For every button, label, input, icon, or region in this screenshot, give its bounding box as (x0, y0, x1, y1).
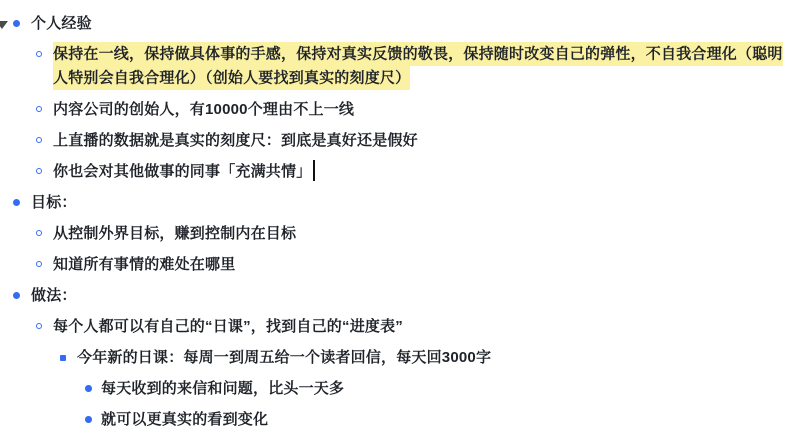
item-text[interactable]: 就可以更真实的看到变化 (101, 411, 268, 428)
item-text[interactable]: 你也会对其他做事的同事「充满共情」 (53, 163, 311, 180)
item-text[interactable]: 目标： (31, 194, 77, 211)
item-text[interactable]: 做法： (31, 287, 77, 304)
outline-item[interactable]: 内容公司的创始人，有10000个理由不上一线 (0, 94, 800, 125)
outline-item[interactable]: 个人经验 (0, 8, 800, 39)
bullet-disc-icon (85, 416, 92, 423)
bullet-disc-icon (85, 385, 92, 392)
item-text[interactable]: 个人经验 (31, 15, 92, 32)
item-text-highlighted[interactable]: 保持在一线，保持做具体事的手感，保持对真实反馈的敬畏，保持随时改变自己的弹性，不… (53, 42, 783, 90)
outline-item[interactable]: 每天收到的来信和问题，比头一天多 (0, 373, 800, 404)
outline-item[interactable]: 今年新的日课：每周一到周五给一个读者回信，每天回3000字 (0, 342, 800, 373)
bullet-circle-icon (36, 51, 42, 57)
bullet-disc-icon (13, 20, 20, 27)
document-canvas[interactable]: 个人经验保持在一线，保持做具体事的手感，保持对真实反馈的敬畏，保持随时改变自己的… (0, 0, 800, 442)
item-text[interactable]: 每个人都可以有自己的“日课”，找到自己的“进度表” (53, 318, 403, 335)
item-text[interactable]: 内容公司的创始人，有10000个理由不上一线 (53, 101, 354, 118)
outline-item[interactable]: 就可以更真实的看到变化 (0, 404, 800, 435)
bullet-circle-icon (36, 230, 42, 236)
outline-item[interactable]: 保持在一线，保持做具体事的手感，保持对真实反馈的敬畏，保持随时改变自己的弹性，不… (0, 39, 800, 94)
outline-item[interactable]: 从控制外界目标，赚到控制内在目标 (0, 218, 800, 249)
outline-item[interactable]: 每个人都可以有自己的“日课”，找到自己的“进度表” (0, 311, 800, 342)
outline-item[interactable]: 上直播的数据就是真实的刻度尺：到底是真好还是假好 (0, 125, 800, 156)
bullet-circle-icon (36, 323, 42, 329)
collapse-toggle-triangle-icon[interactable] (0, 21, 8, 29)
item-text[interactable]: 每天收到的来信和问题，比头一天多 (101, 380, 344, 397)
outline-item[interactable]: 知道所有事情的难处在哪里 (0, 249, 800, 280)
item-text[interactable]: 上直播的数据就是真实的刻度尺：到底是真好还是假好 (53, 132, 418, 149)
bullet-square-icon (60, 355, 66, 361)
bullet-circle-icon (36, 106, 42, 112)
bullet-circle-icon (36, 261, 42, 267)
bullet-disc-icon (13, 292, 20, 299)
bullet-circle-icon (36, 137, 42, 143)
text-cursor (313, 160, 315, 181)
outline-item[interactable]: 目标： (0, 187, 800, 218)
item-text[interactable]: 知道所有事情的难处在哪里 (53, 256, 235, 273)
bullet-circle-icon (36, 168, 42, 174)
outline-item[interactable]: 做法： (0, 280, 800, 311)
bullet-disc-icon (13, 199, 20, 206)
item-text[interactable]: 从控制外界目标，赚到控制内在目标 (53, 225, 296, 242)
item-text[interactable]: 今年新的日课：每周一到周五给一个读者回信，每天回3000字 (77, 349, 491, 366)
outline-item[interactable]: 你也会对其他做事的同事「充满共情」 (0, 156, 800, 187)
